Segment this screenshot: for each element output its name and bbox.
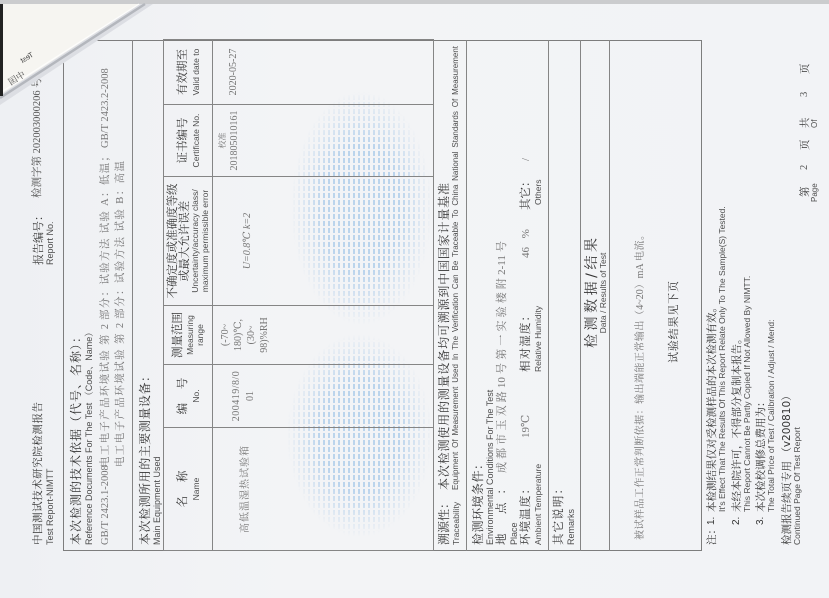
traceability-statement: 本次检测使用的测量设备均可溯源到中国国家计量基准 xyxy=(438,183,450,490)
rotated-document: 中国测试技术研究院检测报告 Test Report-NIMTT 报告编号： Re… xyxy=(0,0,829,598)
equipment-title-en: Main Equipment Used xyxy=(153,456,162,545)
see-next-page: 试验结果见下页 xyxy=(668,281,679,363)
temperature-value: 19℃ xyxy=(521,415,532,438)
cell-uncertainty: U=0.8℃ k=2 xyxy=(213,177,434,306)
measuring-range-line: (-70~ xyxy=(219,306,232,364)
section-divider xyxy=(132,40,133,551)
total-pages: 3 xyxy=(800,92,811,97)
col-header-number-en: No. xyxy=(191,365,201,427)
cell-number: 200419/8/0 01 xyxy=(213,365,434,428)
form-label: 检测报告续页专用 （v200810） xyxy=(782,390,793,545)
section-divider xyxy=(466,40,467,551)
reference-code-1: GB/T 2423.1-2008 xyxy=(101,465,112,545)
equipment-table: 名 称 Name 编 号 No. 测量范围 Measuring range 不确… xyxy=(163,39,434,551)
col-header-number: 编 号 No. xyxy=(164,365,213,428)
humidity-value: 46 % xyxy=(521,229,532,258)
of-label-en: Of xyxy=(811,120,819,128)
humidity-label: 相对湿度： xyxy=(520,310,532,372)
col-header-uncertainty-cn-2: 或最大允许误差 xyxy=(178,177,190,305)
col-header-certificate-en: Certificate No. xyxy=(191,105,201,176)
reference-title-en: Reference Documents For The Test （Code、N… xyxy=(85,331,94,545)
measuring-range-line: 180)℃, xyxy=(232,306,245,364)
place-label: 地 点： xyxy=(496,483,508,545)
col-header-name-en: Name xyxy=(191,428,201,550)
certificate: 校准 201805010161 xyxy=(213,105,241,176)
col-header-name: 名 称 Name xyxy=(164,428,213,551)
section-divider xyxy=(548,40,549,551)
section-divider xyxy=(580,40,581,551)
uncertainty-value: U=0.8℃ k=2 xyxy=(213,177,254,305)
report-no-label: 报告编号： xyxy=(33,210,44,265)
note-number: 3. xyxy=(756,517,766,525)
note-number: 1. xyxy=(707,517,717,525)
reference-separator: ； xyxy=(100,151,111,162)
equipment-name: 高低温湿热试验箱 xyxy=(213,428,252,550)
page-unit: 页 xyxy=(800,64,811,75)
col-header-uncertainty-en: Uncertainty/accuracy class/ xyxy=(190,177,200,305)
form-label-en: Continued Page Of Test Report xyxy=(793,427,802,545)
equipment-number-line: 01 xyxy=(244,365,258,427)
equipment-table-header: 名 称 Name 编 号 No. 测量范围 Measuring range 不确… xyxy=(164,40,213,551)
remarks-label: 其它说明： xyxy=(553,483,565,545)
reference-name-1-text: 电工电子产品环境试验 第 2 部分：试验方法 试验 A：低温 xyxy=(100,162,111,468)
remarks-label-en: Remarks xyxy=(567,509,576,545)
reference-code-2: GB/T 2423.2-2008 xyxy=(101,68,112,148)
working-criteria: 被试样品工作正常判断依据：输出端能正常输出（4~20）mA 电流。 xyxy=(636,230,646,540)
notes-prefix: 注： xyxy=(707,524,718,545)
scanned-report-page: 中国测试技术研究院检测报告 Test Report-NIMTT 报告编号： Re… xyxy=(0,0,829,598)
org-name-cn: 中国测试技术研究院检测报告 xyxy=(33,402,44,545)
equipment-number-line: 200419/8/0 xyxy=(230,365,244,427)
col-header-range-en: Measuring xyxy=(185,306,195,364)
note-text: 本次检校调修总费用为： xyxy=(756,397,767,513)
current-page: 2 xyxy=(800,165,811,170)
cell-certificate: 校准 201805010161 xyxy=(213,105,434,177)
note-text-en: This Report Cannot Be Partly Copied If N… xyxy=(743,276,752,512)
col-header-valid-to-en: Valid date to xyxy=(191,40,201,104)
note-number: 2. xyxy=(732,517,742,525)
col-header-range-cn: 测量范围 xyxy=(171,306,183,364)
note-text: 本检测结果仅对受检测样品的本次检测有效。 xyxy=(707,302,718,512)
others-value: / xyxy=(521,158,532,161)
certificate-number: 201805010161 xyxy=(228,105,241,176)
measuring-range-line: (30~ xyxy=(245,306,258,364)
note-text-en: The Total Price of Test / Calibration / … xyxy=(767,320,776,512)
col-header-range-en-2: range xyxy=(195,306,205,364)
col-header-uncertainty-en-2: maximum permissible error xyxy=(200,177,210,305)
valid-to-date: 2020-05-27 xyxy=(213,40,240,104)
results-title-en: Data / Results of Test xyxy=(599,238,608,348)
certificate-type: 校准 xyxy=(218,105,228,176)
section-divider xyxy=(609,40,610,551)
reference-name-1: 电工电子产品环境试验 第 2 部分：试验方法 试验 A：低温； xyxy=(101,151,112,467)
report-no-value: 检测字第 202003000206 号 xyxy=(33,77,44,198)
col-header-valid-to-cn: 有效期至 xyxy=(176,40,188,104)
col-header-name-cn: 名 称 xyxy=(176,428,188,550)
measuring-range-line: 98)%RH xyxy=(258,306,271,364)
page-prefix: 第 xyxy=(800,187,811,198)
place-value: 成都市玉双路10号第一实验楼附2-11号 xyxy=(497,241,508,473)
col-header-number-cn: 编 号 xyxy=(176,365,188,427)
environment-title: 检测环境条件： xyxy=(472,458,484,545)
report-no-label-en: Report No. xyxy=(46,221,55,265)
cell-name: 高低温湿热试验箱 xyxy=(213,428,434,551)
humidity-label-en: Relative Humidity xyxy=(534,306,543,372)
reference-title: 本次检测的技术依据（代号、名称）： xyxy=(70,331,82,545)
page-unit: 页 xyxy=(800,140,811,151)
page-label-en: Page xyxy=(811,183,819,202)
note-text: 未经本院许可，不得部分复制本报告。 xyxy=(732,334,743,513)
traceability-label: 溯源性： xyxy=(438,497,450,545)
others-label: 其它： xyxy=(520,176,532,211)
traceability-label-en: Traceability xyxy=(452,502,461,545)
org-name-en: Test Report-NIMTT xyxy=(46,468,55,545)
equipment-title: 本次检测所用的主要测量设备： xyxy=(139,370,151,545)
temperature-label-en: Ambient Temperature xyxy=(534,464,543,545)
table-row: 高低温湿热试验箱 200419/8/0 01 (-70~ 180)℃, (30~ xyxy=(213,40,434,551)
col-header-certificate-cn: 证书编号 xyxy=(176,105,188,176)
measuring-range: (-70~ 180)℃, (30~ 98)%RH xyxy=(213,306,271,364)
traceability-statement-en: Equipment Of Measurement Used In The Ver… xyxy=(452,46,460,490)
temperature-label: 环境温度： xyxy=(520,483,532,545)
equipment-number: 200419/8/0 01 xyxy=(213,365,258,427)
results-title: 检测数据/结果 xyxy=(585,238,599,348)
col-header-valid-to: 有效期至 Valid date to xyxy=(164,40,213,105)
col-header-certificate: 证书编号 Certificate No. xyxy=(164,105,213,177)
cell-measuring-range: (-70~ 180)℃, (30~ 98)%RH xyxy=(213,306,434,365)
col-header-uncertainty: 不确定度或准确度等级 或最大允许误差 Uncertainty/accuracy … xyxy=(164,177,213,306)
others-label-en: Others xyxy=(534,179,543,205)
total-prefix: 共 xyxy=(800,118,811,129)
reference-name-2: 电工电子产品环境试验 第 2 部分：试验方法 试验 B：高温 xyxy=(116,161,127,467)
col-header-range: 测量范围 Measuring range xyxy=(164,306,213,365)
note-text-en: It's Effect That The Results Of This Rep… xyxy=(718,206,727,512)
cell-valid-to: 2020-05-27 xyxy=(213,40,434,105)
